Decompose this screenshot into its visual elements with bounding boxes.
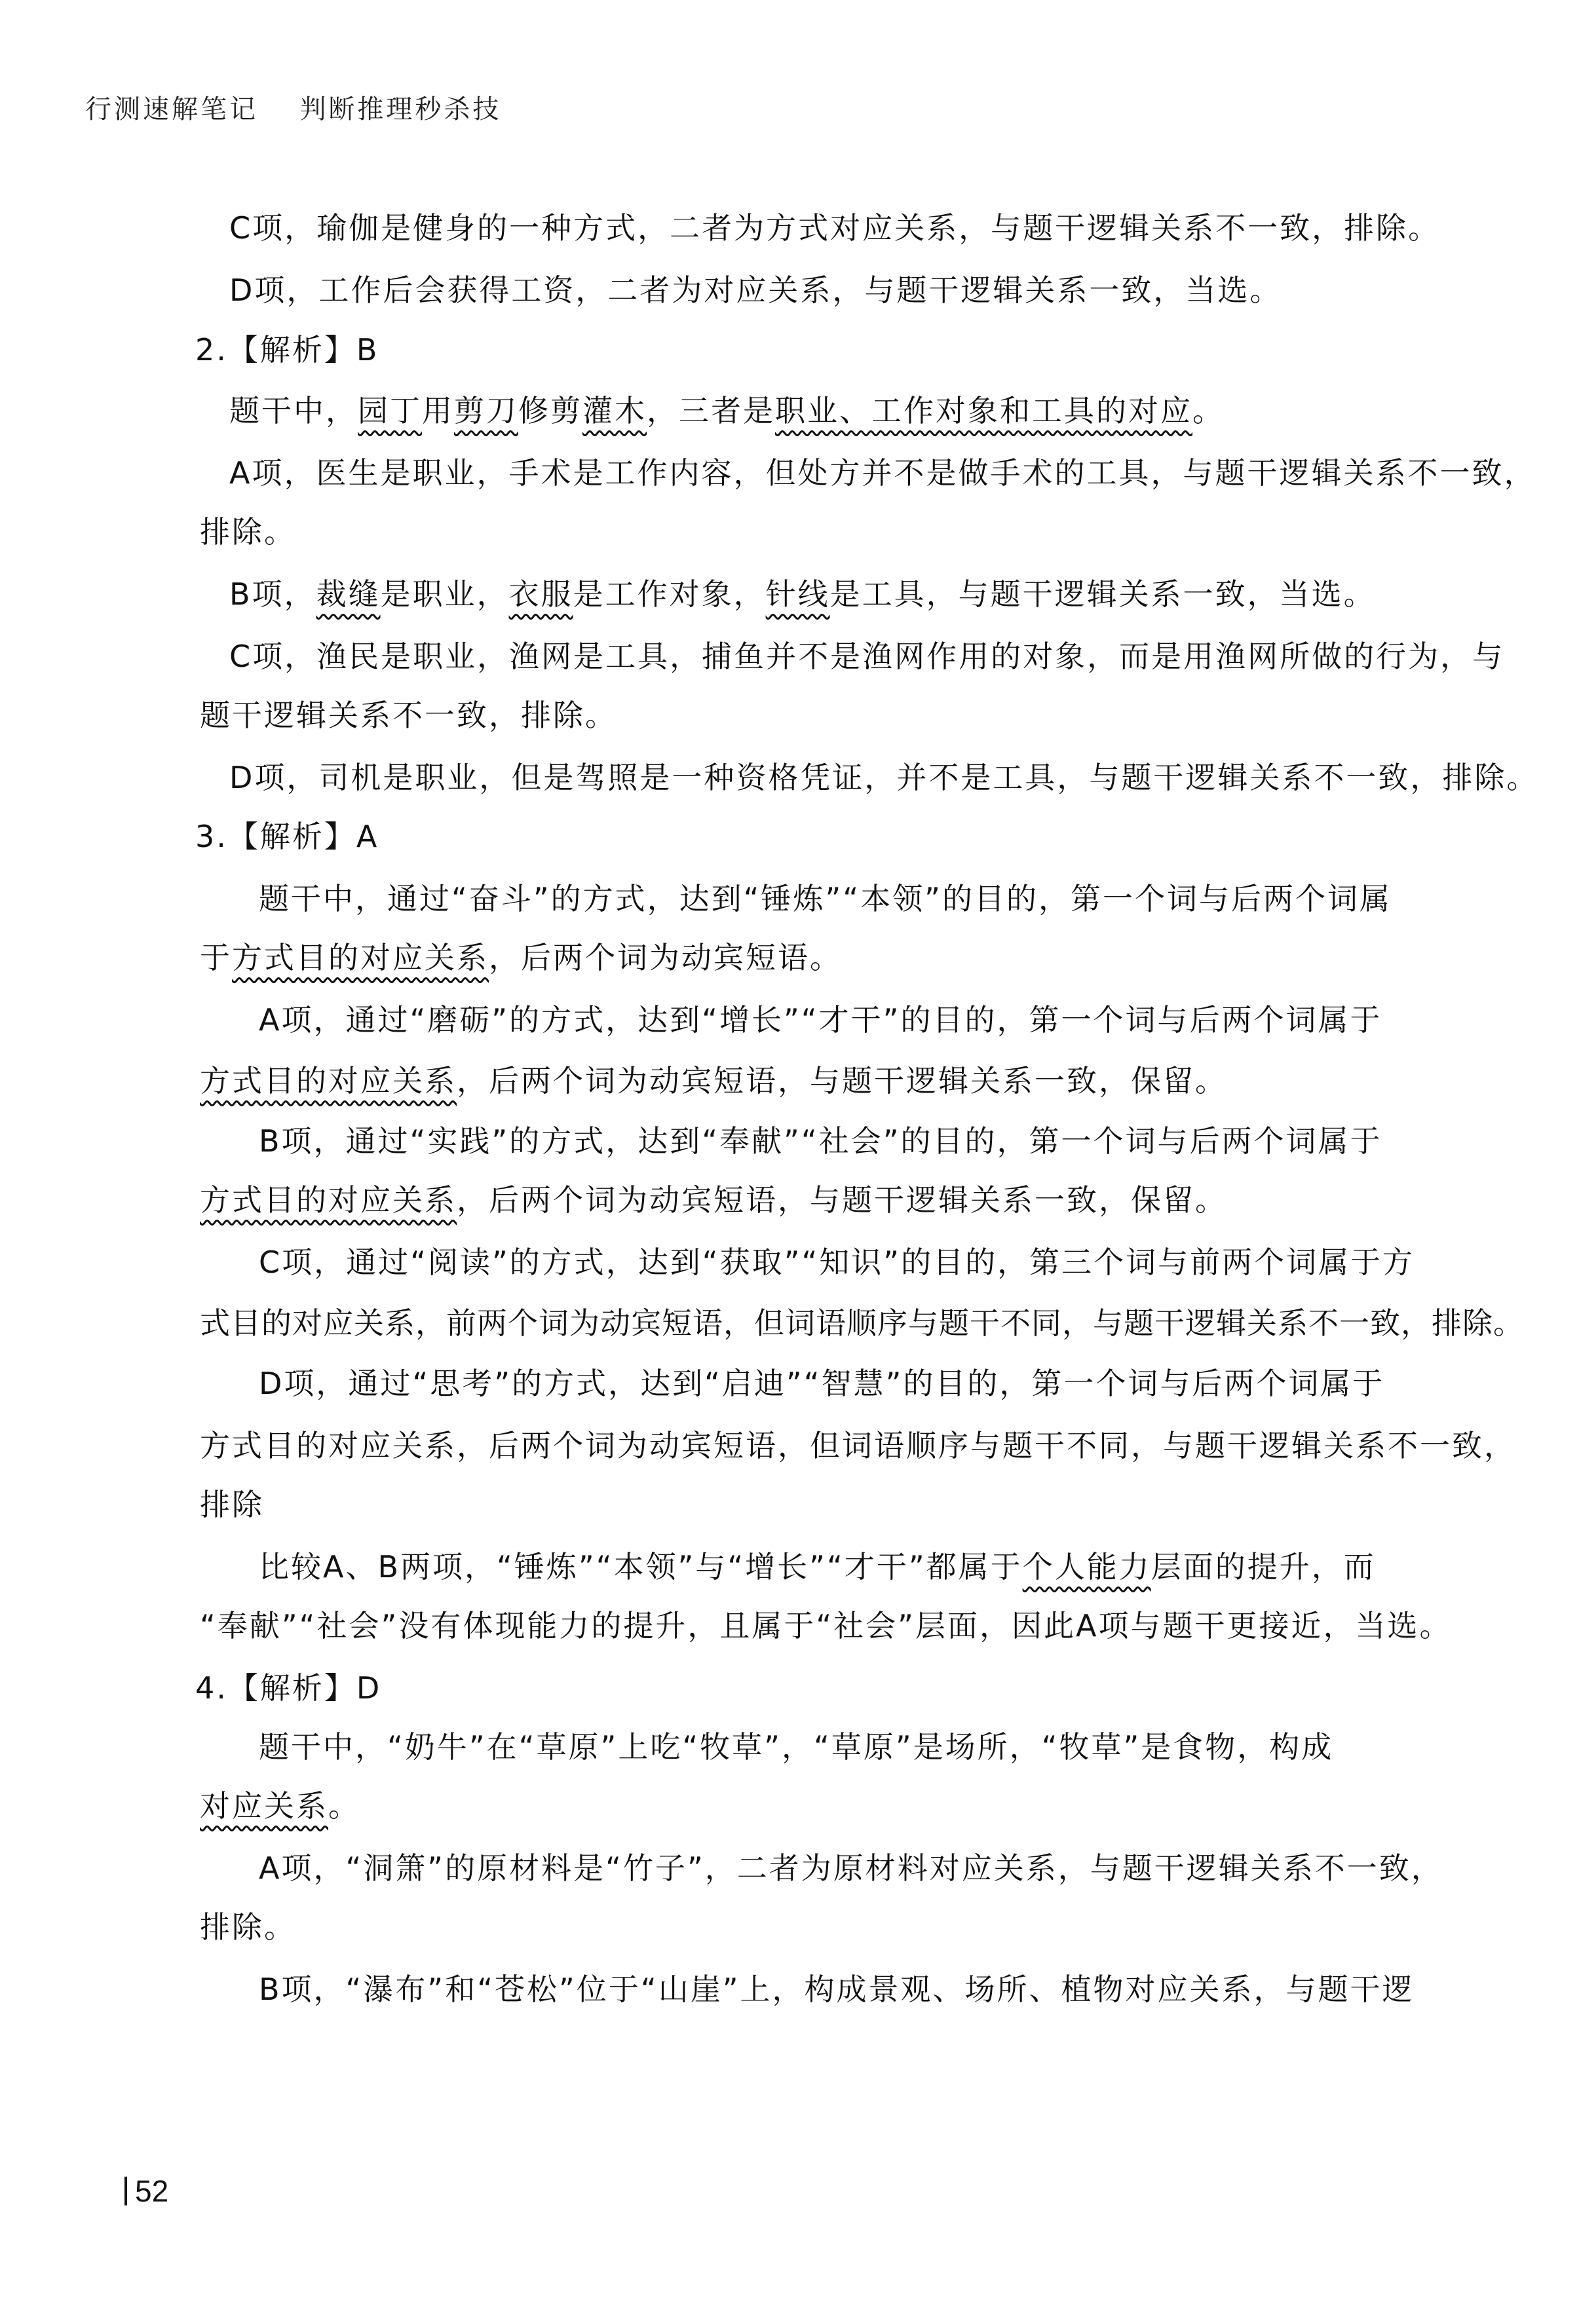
underline-mark: 方式目的对应关系 [200, 1063, 457, 1098]
q3-option-d-cont: 方式目的对应关系，后两个词为动宾短语，但词语顺序与题干不同，与题干逻辑关系不一致… [200, 1426, 1516, 1465]
q2-heading: 2.【解析】B [195, 330, 379, 369]
q3-option-a-cont: 方式目的对应关系，后两个词为动宾短语，与题干逻辑关系一致，保留。 [200, 1061, 1227, 1100]
q3-option-b-cont: 方式目的对应关系，后两个词为动宾短语，与题干逻辑关系一致，保留。 [200, 1180, 1227, 1220]
q3-comparison-cont: “奉献”“社会”没有体现能力的提升，且属于“社会”层面，因此A项与题干更接近，当… [200, 1606, 1451, 1645]
q3-option-c: C项，通过“阅读”的方式，达到“获取”“知识”的目的，第三个词与前两个词属于方 [259, 1243, 1415, 1282]
q2-option-c: C项，渔民是职业，渔网是工具，捕鱼并不是渔网作用的对象，而是用渔网所做的行为，与 [229, 637, 1504, 676]
page-number: 52 [124, 2173, 168, 2209]
underline-mark: 对应关系 [200, 1788, 328, 1824]
q2-option-b: B项，裁缝是职业，衣服是工作对象，针线是工具，与题干逻辑关系一致，当选。 [229, 574, 1376, 614]
q4-stem: 题干中，“奶牛”在“草原”上吃“牧草”，“草原”是场所，“牧草”是食物，构成 [259, 1727, 1333, 1767]
underline-mark: 裁缝 [316, 576, 381, 612]
underline-mark: 灌木 [582, 393, 647, 428]
q3-option-c-cont: 式目的对应关系，前两个词为动宾短语，但词语顺序与题干不同，与题干逻辑关系不一致，… [200, 1303, 1524, 1343]
section-title: 判断推理秒杀技 [299, 94, 501, 124]
q3-option-d-cont2: 排除 [200, 1485, 264, 1524]
q4-heading: 4.【解析】D [195, 1668, 381, 1708]
q2-stem: 题干中，园丁用剪刀修剪灌木，三者是职业、工作对象和工具的对应。 [229, 391, 1225, 430]
underline-mark: 针线 [766, 576, 830, 612]
q3-stem-cont: 于方式目的对应关系，后两个词为动宾短语。 [200, 938, 842, 977]
q3-option-d: D项，通过“思考”的方式，达到“启迪”“智慧”的目的，第一个词与后两个词属于 [259, 1364, 1384, 1403]
underline-mark: 衣服 [509, 576, 573, 612]
q2-option-c-cont: 题干逻辑关系不一致，排除。 [200, 696, 617, 735]
page-number-bar [124, 2177, 127, 2205]
q2-option-a: A项，医生是职业，手术是工作内容，但处方并不是做手术的工具，与题干逻辑关系不一致… [229, 453, 1536, 493]
q3-comparison: 比较A、B两项，“锤炼”“本领”与“增长”“才干”都属于个人能力层面的提升，而 [259, 1547, 1376, 1586]
underline-mark: 剪刀 [454, 393, 518, 428]
q3-heading: 3.【解析】A [195, 817, 379, 856]
underline-mark: 职业、工作对象和工具的对应 [775, 393, 1192, 428]
underline-mark: 方式目的对应关系 [232, 940, 489, 975]
q3-stem: 题干中，通过“奋斗”的方式，达到“锤炼”“本领”的目的，第一个词与后两个词属 [259, 879, 1392, 918]
underline-mark: 园丁 [358, 393, 422, 428]
q2-option-d: D项，司机是职业，但是驾照是一种资格凭证，并不是工具，与题干逻辑关系不一致，排除… [229, 758, 1538, 797]
option-c-q1: C项，瑜伽是健身的一种方式，二者为方式对应关系，与题干逻辑关系不一致，排除。 [229, 208, 1440, 248]
q4-option-b: B项，“瀑布”和“苍松”位于“山崖”上，构成景观、场所、植物对应关系，与题干逻 [259, 1970, 1415, 2009]
running-header: 行测速解笔记 判断推理秒杀技 [85, 88, 501, 126]
q3-option-a: A项，通过“磨砺”的方式，达到“增长”“才干”的目的，第一个词与后两个词属于 [259, 1000, 1382, 1040]
book-title: 行测速解笔记 [85, 94, 258, 124]
option-d-q1: D项，工作后会获得工资，二者为对应关系，与题干逻辑关系一致，当选。 [229, 271, 1282, 310]
q2-option-a-cont: 排除。 [200, 512, 296, 552]
q3-option-b: B项，通过“实践”的方式，达到“奉献”“社会”的目的，第一个词与后两个词属于 [259, 1121, 1382, 1161]
underline-mark: 方式目的对应关系 [200, 1182, 457, 1218]
q4-option-a: A项，“洞箫”的原材料是“竹子”，二者为原材料对应关系，与题干逻辑关系不一致， [259, 1848, 1443, 1888]
underline-mark: 个人能力 [1023, 1549, 1151, 1584]
q4-stem-cont: 对应关系。 [200, 1786, 360, 1826]
q4-option-a-cont: 排除。 [200, 1907, 296, 1947]
